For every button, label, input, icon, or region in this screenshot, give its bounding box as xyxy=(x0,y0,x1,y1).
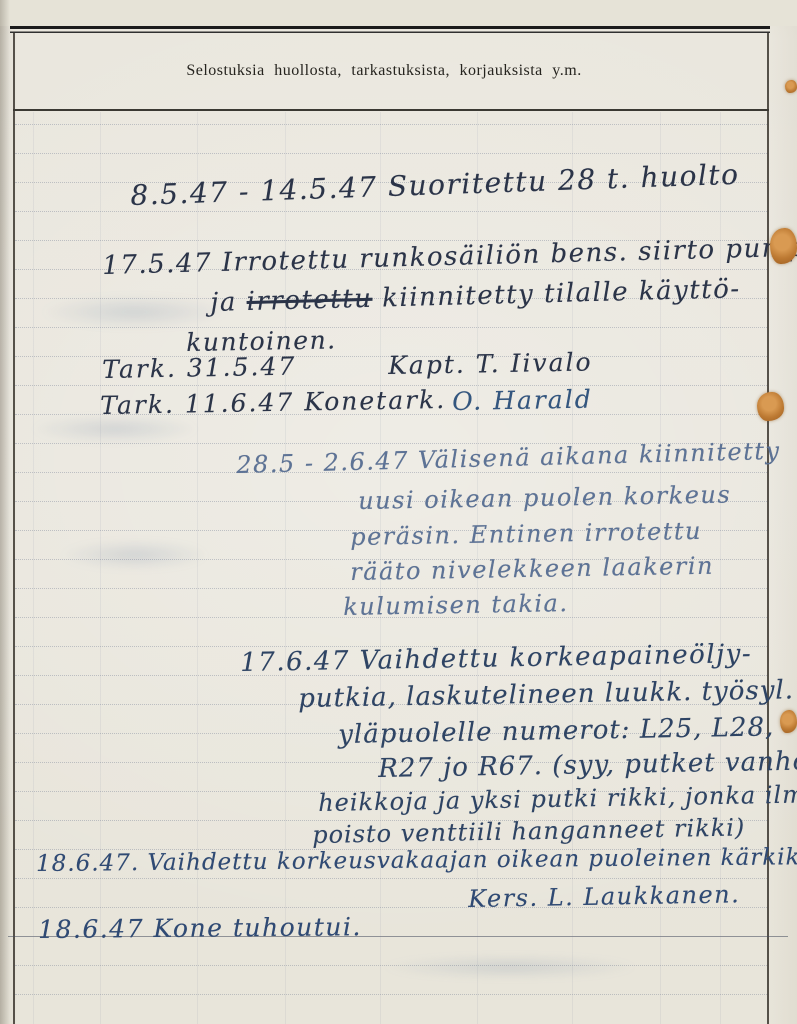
paper-stain xyxy=(757,392,784,421)
handwritten-line-8: O. Harald xyxy=(452,387,593,414)
handwriting-text: 17.6.47 Vaihdettu korkeapaineöljy- xyxy=(240,639,752,678)
handwriting-text: ja xyxy=(210,287,247,318)
handwritten-line-19: poisto venttiili hanganneet rikki) xyxy=(312,815,745,847)
handwriting-text: heikkoja ja yksi putki rikki, jonka ilma… xyxy=(318,780,797,817)
handwriting-text: Tark. 11.6.47 Konetark. xyxy=(100,385,446,420)
struck-through-word: irrotettu xyxy=(246,284,373,317)
paper-stain xyxy=(785,80,797,93)
handwriting-text: Kers. L. Laukkanen. xyxy=(468,880,741,913)
ink-bleed-smudge xyxy=(380,955,640,979)
ink-bleed-smudge xyxy=(40,295,230,329)
handwritten-line-20: 18.6.47. Vaihdettu korkeusvakaajan oikea… xyxy=(36,846,797,876)
handwritten-line-1: 8.5.47 - 14.5.47 Suoritettu 28 t. huolto xyxy=(130,161,740,210)
handwriting-text: 18.6.47 Kone tuhoutui. xyxy=(38,912,362,944)
handwritten-line-6: Kapt. T. Iivalo xyxy=(388,349,593,378)
ruled-line xyxy=(15,124,767,125)
top-double-rule xyxy=(10,26,770,34)
handwriting-text: uusi oikean puolen korkeus xyxy=(358,480,731,515)
handwritten-line-13: kulumisen takia. xyxy=(343,591,569,619)
handwritten-line-18: heikkoja ja yksi putki rikki, jonka ilma… xyxy=(318,782,797,815)
handwritten-line-21: Kers. L. Laukkanen. xyxy=(468,882,740,911)
ruled-line xyxy=(15,211,767,212)
page-top-margin xyxy=(0,0,797,26)
handwriting-text: yläpuolelle numerot: L25, L28, xyxy=(338,712,775,750)
ruled-line xyxy=(15,588,767,589)
handwritten-line-10: uusi oikean puolen korkeus xyxy=(358,482,731,513)
handwritten-line-17: R27 jo R67. (syy, putket vanhoja xyxy=(378,748,797,782)
handwriting-text: kiinnitetty tilalle käyttö- xyxy=(372,274,741,314)
handwriting-text: R27 jo R67. (syy, putket vanhoja xyxy=(378,746,797,784)
page-border-right xyxy=(767,33,769,1024)
handwriting-text: O. Harald xyxy=(452,385,593,416)
handwritten-line-12: rääto nivelekkeen laakerin xyxy=(350,554,714,584)
handwritten-line-3: ja irrotettu kiinnitetty tilalle käyttö- xyxy=(210,276,741,316)
paper-stain xyxy=(780,710,797,733)
header-bottom-rule xyxy=(13,109,769,111)
column-bleed-line xyxy=(33,112,34,1024)
ink-bleed-smudge xyxy=(60,540,210,570)
handwritten-line-4: kuntoinen. xyxy=(186,327,337,355)
handwritten-line-11: peräsin. Entinen irrotettu xyxy=(350,519,702,549)
left-edge-shadow xyxy=(0,0,10,1024)
handwritten-line-5: Tark. 31.5.47 xyxy=(102,354,296,382)
ruled-line xyxy=(15,878,767,879)
handwritten-line-14: 17.6.47 Vaihdettu korkeapaineöljy- xyxy=(240,641,752,676)
handwriting-text: kulumisen takia. xyxy=(343,589,569,621)
handwriting-text: Kapt. T. Iivalo xyxy=(388,347,593,380)
handwriting-text: peräsin. Entinen irrotettu xyxy=(350,517,702,551)
logbook-scan-page: Selostuksia huollosta, tarkastuksista, k… xyxy=(0,0,797,1024)
paper-stain xyxy=(770,228,797,264)
handwriting-text: 8.5.47 - 14.5.47 Suoritettu 28 t. huolto xyxy=(130,158,740,212)
ruled-line xyxy=(15,994,767,995)
handwritten-line-16: yläpuolelle numerot: L25, L28, xyxy=(338,714,775,748)
handwritten-line-22: 18.6.47 Kone tuhoutui. xyxy=(38,914,362,942)
handwritten-line-7: Tark. 11.6.47 Konetark. xyxy=(100,387,446,418)
handwriting-text: Tark. 31.5.47 xyxy=(102,352,297,384)
handwriting-text: poisto venttiili hanganneet rikki) xyxy=(312,813,746,849)
page-header-title: Selostuksia huollosta, tarkastuksista, k… xyxy=(14,62,754,80)
ruled-line xyxy=(15,153,767,154)
